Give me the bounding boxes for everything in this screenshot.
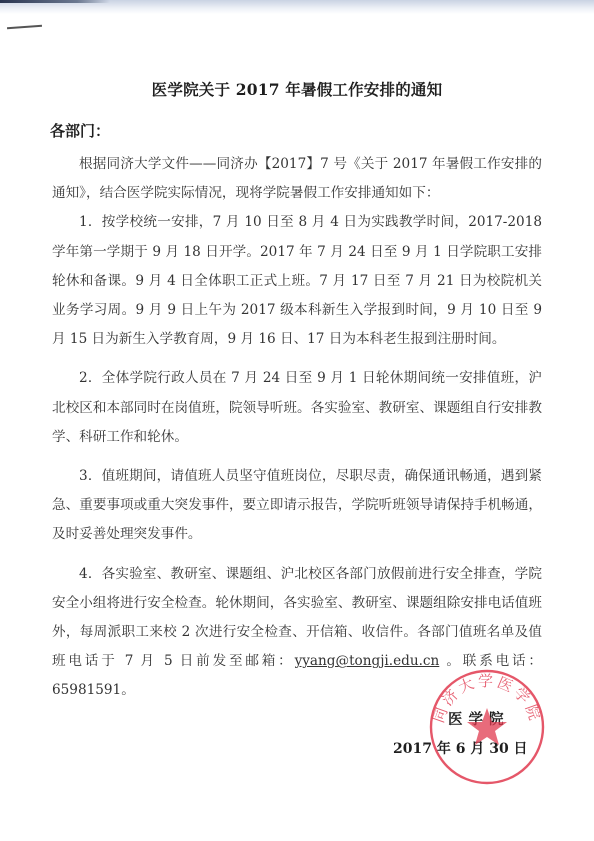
scan-edge-dark	[0, 0, 110, 3]
document-date: 2017 年 6 月 30 日	[393, 738, 528, 758]
item-3: 3．值班期间，请值班人员坚守值班岗位，尽职尽责，确保通讯畅通，遇到紧急、重要事项…	[52, 462, 542, 550]
signature: 医学院	[448, 708, 510, 729]
corner-pen-mark	[7, 25, 42, 29]
item-4: 4．各实验室、教研室、课题组、沪北校区各部门放假前进行安全排查，学院安全小组将进…	[52, 560, 542, 706]
document-title: 医学院关于 2017 年暑假工作安排的通知	[0, 78, 594, 100]
intro-paragraph: 根据同济大学文件——同济办【2017】7 号《关于 2017 年暑假工作安排的通…	[52, 150, 542, 208]
salutation: 各部门：	[50, 120, 110, 141]
document-body: 根据同济大学文件——同济办【2017】7 号《关于 2017 年暑假工作安排的通…	[52, 150, 542, 706]
item-1: 1．按学校统一安排，7 月 10 日至 8 月 4 日为实践教学时间，2017-…	[52, 208, 542, 354]
email-link[interactable]: yyang@tongji.edu.cn	[295, 653, 440, 669]
item-2: 2．全体学院行政人员在 7 月 24 日至 9 月 1 日轮休期间统一安排值班，…	[52, 364, 542, 452]
